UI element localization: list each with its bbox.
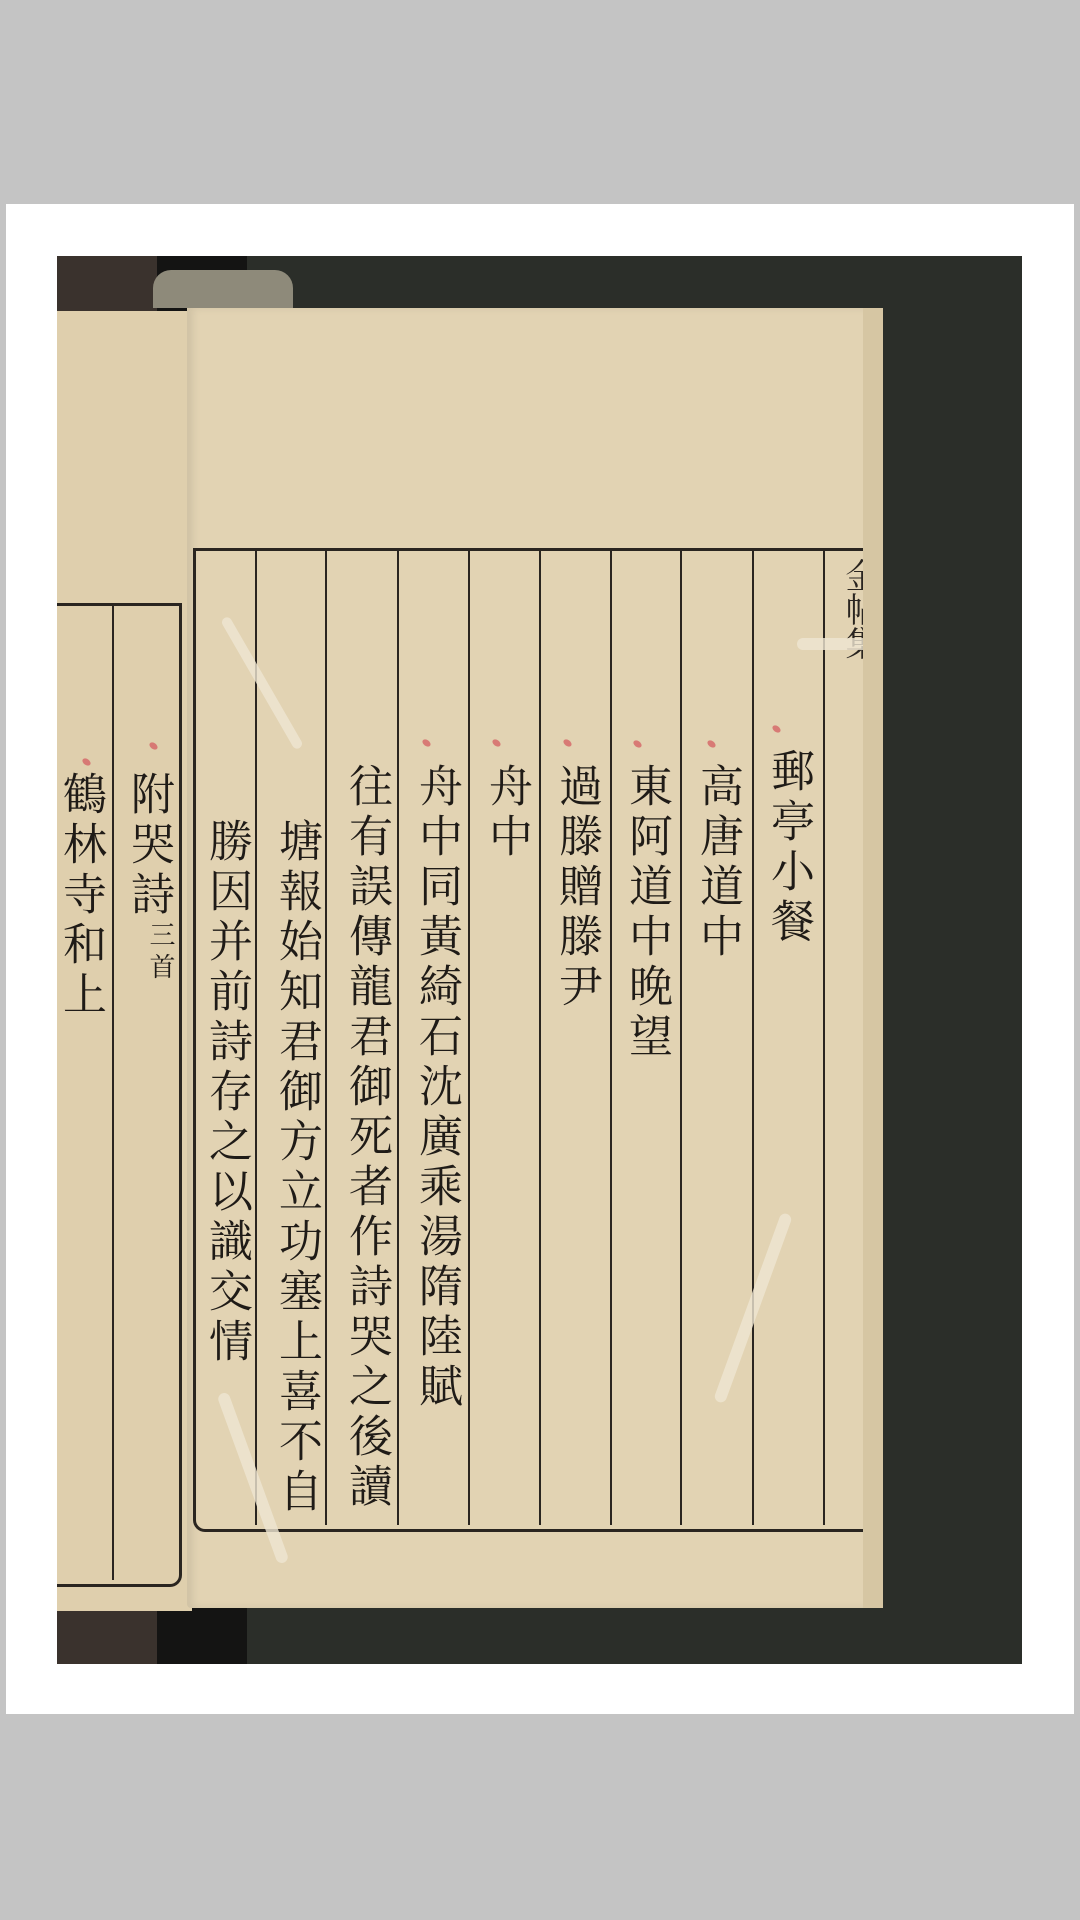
column-rule (255, 551, 257, 1525)
column-rule (468, 551, 470, 1525)
left-column-0-note: 三首 (137, 921, 183, 985)
column-8: 塘報始知君御方立功塞上喜不自 (273, 818, 319, 1518)
page-edge (863, 308, 883, 1608)
book-photo: 鶴林寺和上 附哭詩 三首 金帖集 郵亭小餐 高唐道中 東阿道中晚望 過滕贈滕尹 … (57, 256, 1022, 1664)
column-1: 郵亭小餐 (765, 748, 811, 948)
column-2: 高唐道中 (694, 763, 740, 963)
column-9: 勝因并前詩存之以識交情 (203, 818, 249, 1368)
left-page-frame (57, 603, 182, 1587)
book-tab (153, 270, 293, 308)
column-rule (112, 606, 114, 1580)
column-3: 東阿道中晚望 (623, 763, 669, 1063)
column-rule (752, 551, 754, 1525)
column-rule (680, 551, 682, 1525)
right-page: 金帖集 郵亭小餐 高唐道中 東阿道中晚望 過滕贈滕尹 舟中 舟中同黃綺石沈廣乘湯… (187, 308, 883, 1608)
column-rule (823, 551, 825, 1525)
left-column-0: 附哭詩 (125, 771, 171, 921)
column-rule (539, 551, 541, 1525)
column-4: 過滕贈滕尹 (553, 763, 599, 1013)
column-rule (610, 551, 612, 1525)
column-rule (325, 551, 327, 1525)
left-page: 鶴林寺和上 附哭詩 三首 (57, 311, 192, 1611)
column-6: 舟中同黃綺石沈廣乘湯隋陸賦 (413, 763, 459, 1413)
column-5: 舟中 (483, 763, 529, 863)
left-column-1: 鶴林寺和上 (57, 771, 103, 1021)
column-7: 往有誤傳龍君御死者作詩哭之後讀 (343, 763, 389, 1513)
column-rule (397, 551, 399, 1525)
